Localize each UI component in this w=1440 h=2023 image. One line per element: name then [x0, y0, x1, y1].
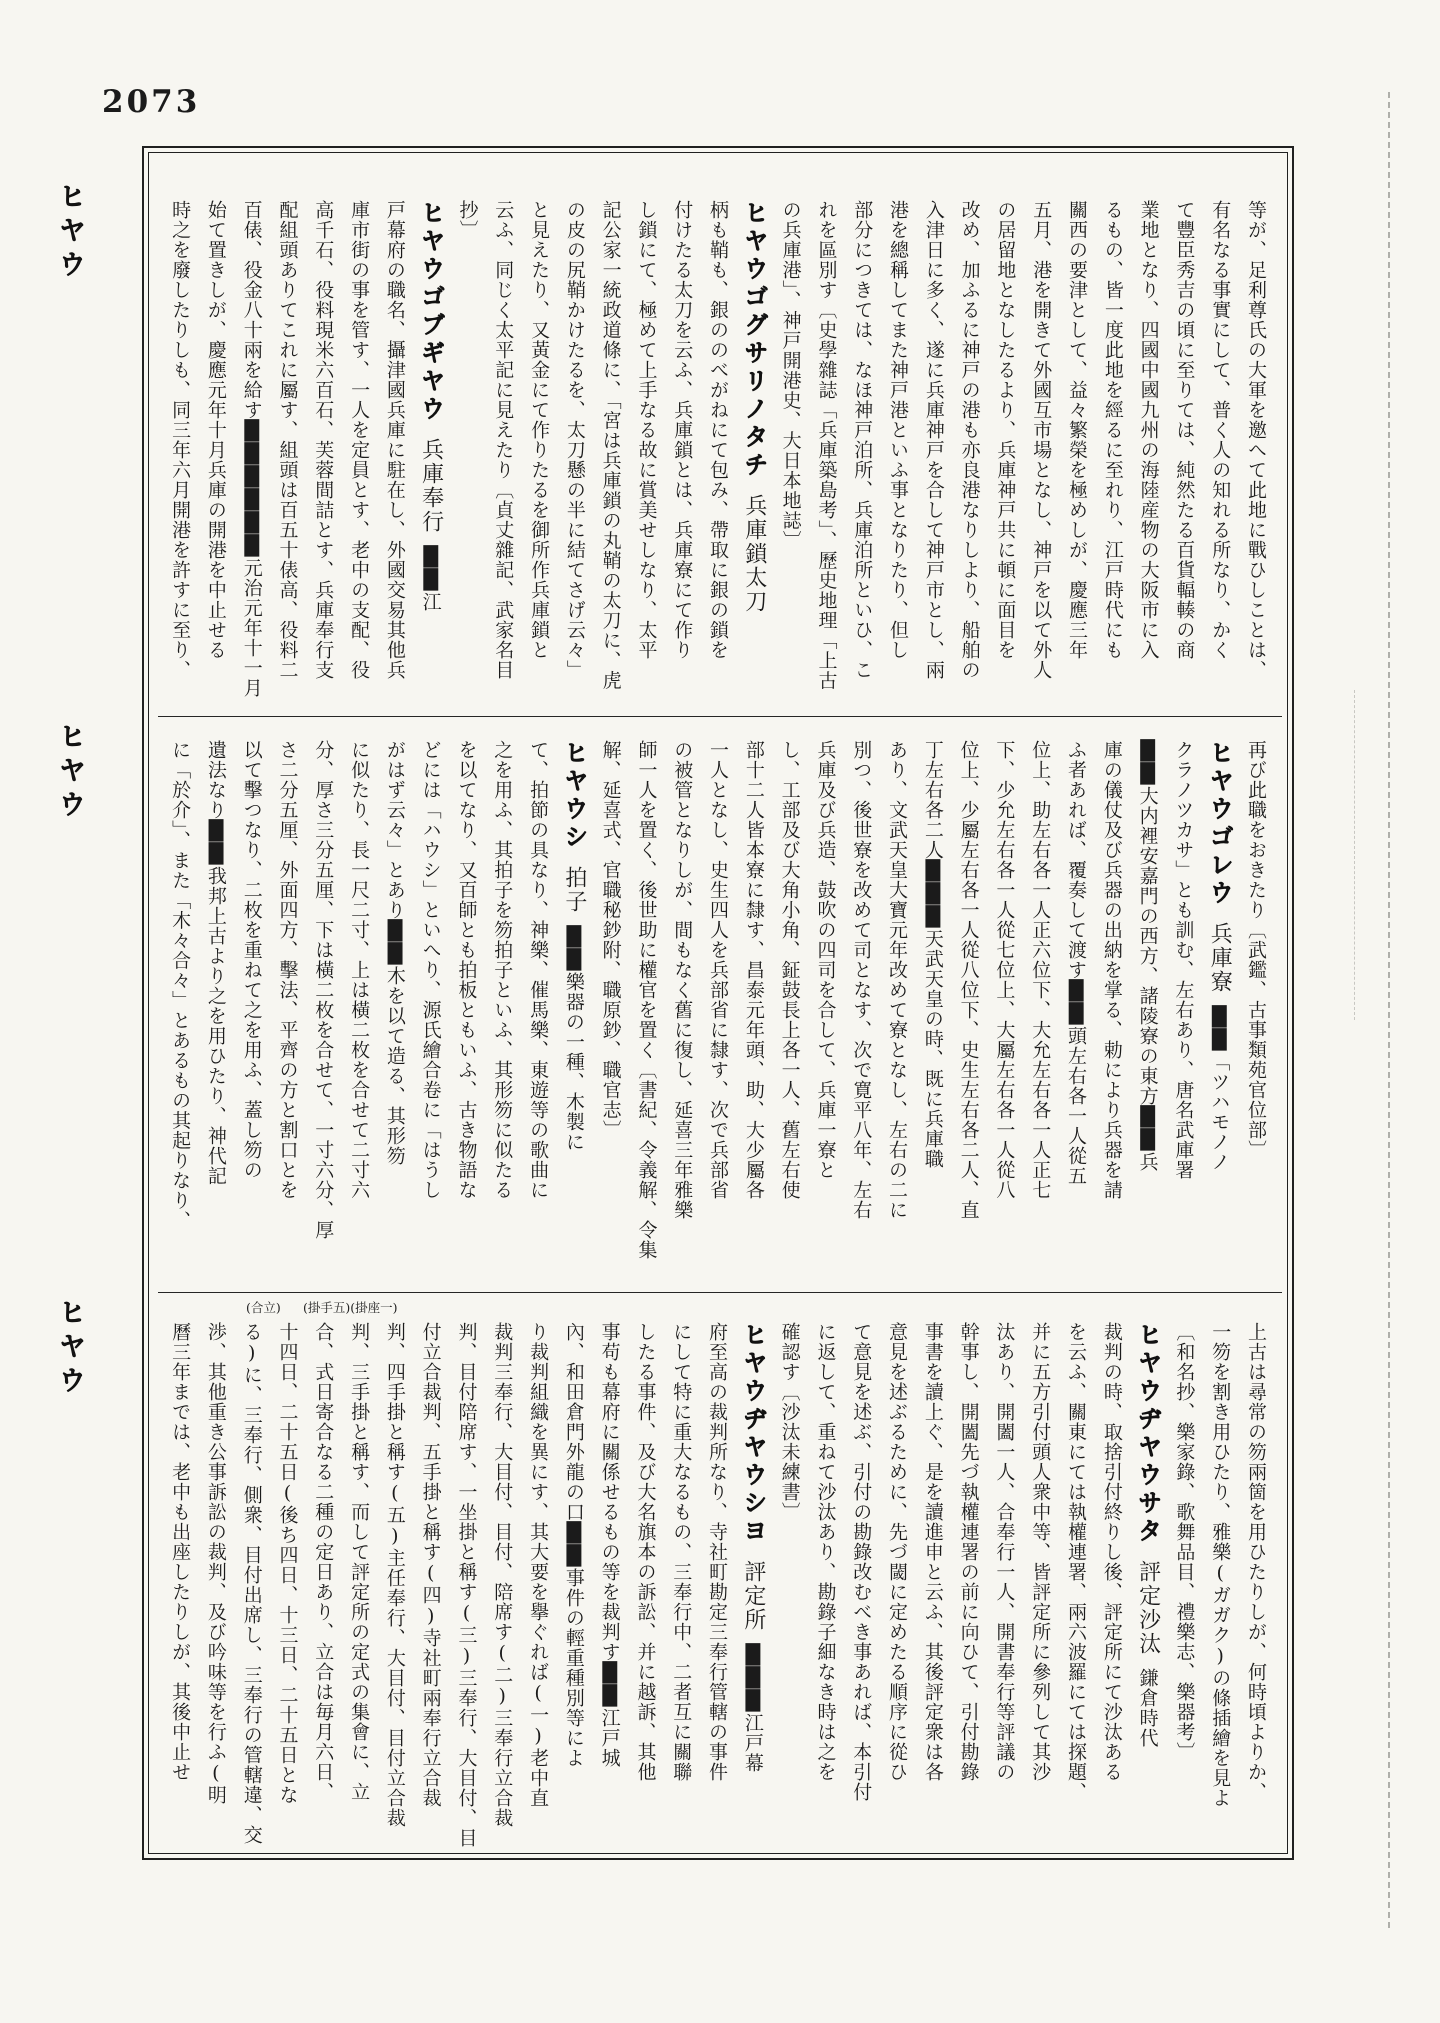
page-edge-shadow [1388, 92, 1390, 1928]
text-column: 事書を讀上ぐ、是を讀進申と云ふ、其後評定衆は各 [914, 1322, 950, 1842]
text-column: 庫の儀仗及び兵器の出納を掌る、勅により兵器を請 [1093, 740, 1129, 1248]
text-column: 〔和名抄、樂家錄、歌舞品目、禮樂志、樂器考〕 [1166, 1322, 1202, 1842]
text-column: と見えたり、又黃金にて作りたるを御所作兵庫鎖と [520, 200, 556, 712]
interlinear-annotation-rtl: (掛手五)(掛座一) [303, 1298, 398, 1316]
text-column: 有名なる事實にして、普く人の知れる所なり、かく [1201, 200, 1237, 712]
text-column: あり、文武天皇大寶元年改めて寮となし、左右の二に [878, 740, 914, 1248]
margin-kana-tab-hiyau-1: ヒヤウ [50, 182, 89, 284]
entry-headword-column: ヒヤウゴブギヤウ兵庫奉行██江 [412, 200, 449, 712]
text-column: 確認す〔沙汰未練書〕 [771, 1322, 807, 1842]
text-column: 渉、其他重き公事訴訟の裁判、及び吟味等を行ふ(明 [197, 1322, 233, 1842]
text-column: 部十二人皆本寮に隸す、昌泰元年頭、助、大少屬各 [735, 740, 771, 1248]
text-column: 等が、足利尊氏の大軍を邀へて此地に戰ひしことは、 [1237, 200, 1273, 712]
entry-headword-column: ヒヤウゴレウ兵庫寮██「ツハモノノ [1200, 740, 1237, 1248]
text-column: の皮の尻鞘かけたるを、太刀懸の半に結てさげ云々」 [556, 200, 592, 712]
text-column: 配組頭ありてこれに屬す、組頭は百五十俵高、役料二 [269, 200, 305, 712]
headword-kanji: 評定所 [741, 1560, 766, 1632]
text-column: 判、四手掛と稱す(五)主任奉行、大目付、目付立合裁 [376, 1322, 412, 1842]
text-column: 意見を述ぶるために、先づ閾に定めたる順序に從ひ [878, 1322, 914, 1842]
text-column: 高千石、役料現米六百石、芙蓉間詰とす、兵庫奉行支 [304, 200, 340, 712]
text-column: て豐臣秀吉の頃に至りては、純然たる百貨輻輳の商 [1166, 200, 1202, 712]
text-column: 幹事し、開闔先づ執權連署の前に向ひて、引付勘錄 [950, 1322, 986, 1842]
text-column: 下、少允左右各一人從七位上、大屬左右各一人從八 [986, 740, 1022, 1248]
text-column: 部分につきては、なほ神戸泊所、兵庫泊所といひ、こ [843, 200, 879, 712]
entry-headword-column: ヒヤウヂヤウシヨ評定所███江戸幕 [734, 1322, 771, 1842]
headword-trailing-text: ██樂器の一種、木製に [563, 926, 585, 1152]
text-column: を云ふ、關東にては執權連署、兩六波羅にては探題、 [1057, 1322, 1093, 1842]
text-column: 始て置きしが、慶應元年十月兵庫の開港を中止せる [197, 200, 233, 712]
text-column: クラノツカサ」とも訓む、左右あり、唐名武庫署 [1165, 740, 1201, 1248]
headword-kana: ヒヤウゴレウ [1205, 740, 1234, 908]
text-column: 百俵、役金八十兩を給す██████元治元年十一月 [233, 200, 269, 712]
entry-headword-column: ヒヤウヂヤウサタ評定沙汰鎌倉時代 [1129, 1322, 1166, 1842]
text-column: 付立合裁判、五手掛と稱す(四)寺社町兩奉行立合裁 [412, 1322, 448, 1842]
headword-kanji: 兵庫奉行 [419, 438, 444, 534]
text-column: 判、目付陪席す、一坐掛と稱す(三)三奉行、大目付、目 [448, 1322, 484, 1842]
text-column: 改め、加ふるに神戸の港も亦良港なりしより、船舶の [951, 200, 987, 712]
text-column: 付けたる太刀を云ふ、兵庫鎖とは、兵庫寮にて作り [663, 200, 699, 712]
text-column: 一人となし、史生四人を兵部省に隸す、次で兵部省 [699, 740, 735, 1248]
margin-kana-tab-hiyau-3: ヒヤウ [50, 1298, 89, 1400]
text-column: どには「ハウシ」といへり、源氏繪合卷に「はうし [412, 740, 448, 1248]
text-column: 關西の要津として、益々繁榮を極めしが、慶應三年 [1058, 200, 1094, 712]
text-column: したる事件、及び大名旗本の訴訟、并に越訴、其他 [627, 1322, 663, 1842]
text-column: 業地となり、四國中國九州の海陸産物の大阪市に入 [1130, 200, 1166, 712]
text-column: り裁判組織を異にす、其大要を擧ぐれば(一)老中直 [519, 1322, 555, 1842]
text-column: ふ者あれば、覆奏して渡す██頭左右各一人從五 [1057, 740, 1093, 1248]
page-edge-shadow-segment [1354, 690, 1355, 1020]
text-column: 分、厚さ三分五厘、下は橫二枚を合せて、一寸六分、厚 [304, 740, 340, 1248]
headword-kana: ヒヤウゴブギヤウ [417, 200, 446, 424]
headword-kanji: 兵庫寮 [1207, 922, 1232, 994]
text-column: ██大内裡安嘉門の西方、諸陵寮の東方██兵 [1129, 740, 1165, 1248]
text-column: 位上、少屬左右各一人從八位下、史生左右各二人、直 [950, 740, 986, 1248]
text-column: 以て擊つなり、二枚を重ねて之を用ふ、蓋し笏の [233, 740, 269, 1248]
entry-headword-column: ヒヤウゴグサリノタチ兵庫鎖太刀 [735, 200, 772, 712]
text-column: の兵庫港」、神戸開港史、大日本地誌〕 [772, 200, 808, 712]
text-column: 合、式日寄合なる二種の定日あり、立合は毎月六日、 [304, 1322, 340, 1842]
text-column: に「於介」、また「木々合々」とあるもの其起りなり、 [161, 740, 197, 1248]
text-column: を以てなり、又百師とも拍板ともいふ、古き物語な [448, 740, 484, 1248]
text-column: て、拍節の具なり、神樂、催馬樂、東遊等の歌曲に [519, 740, 555, 1248]
text-column: 入津日に多く、遂に兵庫神戸を合して神戸市とし、兩 [915, 200, 951, 712]
text-column: 五月、港を開きて外國互市場となし、神戸を以て外人 [1022, 200, 1058, 712]
headword-trailing-text: 鎌倉時代 [1137, 1668, 1159, 1748]
text-column: にして特に重大なるもの、三奉行中、二者互に關聯 [662, 1322, 698, 1842]
headword-kana: ヒヤウヂヤウサタ [1134, 1322, 1163, 1546]
headword-kanji: 兵庫鎖太刀 [742, 494, 767, 614]
text-column: がはず云々」とあり██木を以て造る、其形笏 [376, 740, 412, 1248]
entry-headword-column: ヒヤウシ拍子██樂器の一種、木製に [555, 740, 592, 1248]
headword-kanji: 評定沙汰 [1136, 1560, 1161, 1656]
text-column: る)に、三奉行、側衆、目付出席し、三奉行の管轄違、交 [233, 1322, 269, 1842]
text-column: 再び此職をおきたり〔武鑑、古事類苑官位部〕 [1237, 740, 1273, 1248]
text-column: 云ふ、同じく太平記に見えたり〔貞丈雜記、武家名目 [484, 200, 520, 712]
text-column: 裁判の時、取捨引付終りし後、評定所にて沙汰ある [1093, 1322, 1129, 1842]
text-column: 內、和田倉門外龍の口██事件の輕重種別等によ [555, 1322, 591, 1842]
text-column: の被管となりしが、間もなく舊に復し、延喜三年雅樂 [663, 740, 699, 1248]
text-column: 判、三手掛と稱す、而して評定所の定式の集會に、立 [340, 1322, 376, 1842]
band-divider-1 [158, 716, 1282, 717]
text-column: し、工部及び大角小角、鉦鼓長上各一人、舊左右使 [771, 740, 807, 1248]
text-column: 師一人を置く、後世助に權官を置く〔書紀、令義解、令集 [628, 740, 664, 1248]
text-column: し鎖にて、極めて上手なる故に賞美せしなり、太平 [628, 200, 664, 712]
text-column: 并に五方引付頭人衆中等、皆評定所に參列して其沙 [1021, 1322, 1057, 1842]
text-column: の居留地となしたるより、兵庫神戸共に頓に面目を [987, 200, 1023, 712]
text-column: 庫市街の事を管す、一人を定員とす、老中の支配、役 [340, 200, 376, 712]
text-column: さ二分五厘、外面四方、擊法、平齊の方と割口とを [269, 740, 305, 1248]
text-column: に返して、重ねて沙汰あり、勘錄子細なき時は之を [807, 1322, 843, 1842]
text-column: 曆三年までは、老中も出座したりしが、其後中止せ [161, 1322, 197, 1842]
text-band-1: 等が、足利尊氏の大軍を邀へて此地に戰ひしことは、有名なる事實にして、普く人の知れ… [163, 200, 1273, 712]
headword-kana: ヒヤウシ [560, 740, 589, 852]
text-column: 兵庫及び兵造、鼓吹の四司を合して、兵庫一寮と [807, 740, 843, 1248]
headword-kana: ヒヤウゴグサリノタチ [740, 200, 769, 480]
text-column: 事苟も幕府に關係せるもの等を裁判す██江戸城 [591, 1322, 627, 1842]
text-column: 十四日、二十五日(後ち四日、十三日、二十五日とな [269, 1322, 305, 1842]
text-column: 汰あり、開闔一人、合奉行一人、開書奉行等評議の [986, 1322, 1022, 1842]
text-column: 上古は尋常の笏兩箇を用ひたりしが、何時頃よりか、 [1237, 1322, 1273, 1842]
text-column: れを區別す〔史學雜誌「兵庫築島考」、歷史地理「上古 [808, 200, 844, 712]
text-column: 柄も鞘も、銀ののべがねにて包み、帶取に銀の鎖を [699, 200, 735, 712]
text-column: 別つ、後世寮を改めて司となす、次で寛平八年、左右 [842, 740, 878, 1248]
text-column: 丁左右各二人███天武天皇の時、既に兵庫職 [914, 740, 950, 1248]
text-column: 裁判三奉行、大目付、目付、陪席す(二)三奉行立合裁 [483, 1322, 519, 1842]
margin-kana-tab-hiyau-2: ヒヤウ [50, 722, 89, 824]
text-band-3: 上古は尋常の笏兩箇を用ひたりしが、何時頃よりか、一笏を割き用ひたり、雅樂(ガガク… [163, 1322, 1273, 1842]
text-column: 時之を廢したりしも、同三年六月開港を許すに至り、 [161, 200, 197, 712]
headword-kana: ヒヤウヂヤウシヨ [739, 1322, 768, 1546]
text-column: 之を用ふ、其拍子を笏拍子といふ、其形笏に似たる [483, 740, 519, 1248]
text-column: て意見を述ぶ、引付の勘錄改むべき事あれば、本引付 [842, 1322, 878, 1842]
interlinear-annotation-rtl: (合立) [246, 1298, 281, 1316]
headword-kanji: 拍子 [562, 866, 587, 914]
band-divider-2 [158, 1292, 1282, 1293]
text-column: 抄〕 [449, 200, 485, 712]
text-column: るもの、皆一度此地を經るに至れり、江戸時代にも [1094, 200, 1130, 712]
text-column: 港を總稱してまた神戸港といふ事となりたり、但し [879, 200, 915, 712]
headword-trailing-text: ██江 [420, 546, 442, 612]
text-column: 記公家一統政道條に、「宮は兵庫鎖の丸鞘の太刀に、虎 [592, 200, 628, 712]
text-column: 戸幕府の職名、攝津國兵庫に駐在し、外國交易其他兵 [376, 200, 412, 712]
text-column: 解、延喜式、官職秘鈔附、職原鈔、職官志〕 [592, 740, 628, 1248]
text-column: 府至高の裁判所なり、寺社町勘定三奉行管轄の事件 [698, 1322, 734, 1842]
text-column: 位上、助左右各一人正六位下、大允左右各一人正七 [1021, 740, 1057, 1248]
text-column: 一笏を割き用ひたり、雅樂(ガガク)の條插繪を見よ [1201, 1322, 1237, 1842]
page-number: 2073 [102, 84, 200, 120]
headword-trailing-text: ███江戸幕 [742, 1644, 764, 1773]
text-column: 遺法なり██我邦上古より之を用ひたり、神代記 [197, 740, 233, 1248]
text-column: に似たり、長一尺二寸、上は橫二枚を合せて二寸六 [340, 740, 376, 1248]
text-band-2: 再び此職をおきたり〔武鑑、古事類苑官位部〕ヒヤウゴレウ兵庫寮██「ツハモノノクラ… [163, 740, 1273, 1248]
headword-trailing-text: ██「ツハモノノ [1208, 1006, 1230, 1172]
